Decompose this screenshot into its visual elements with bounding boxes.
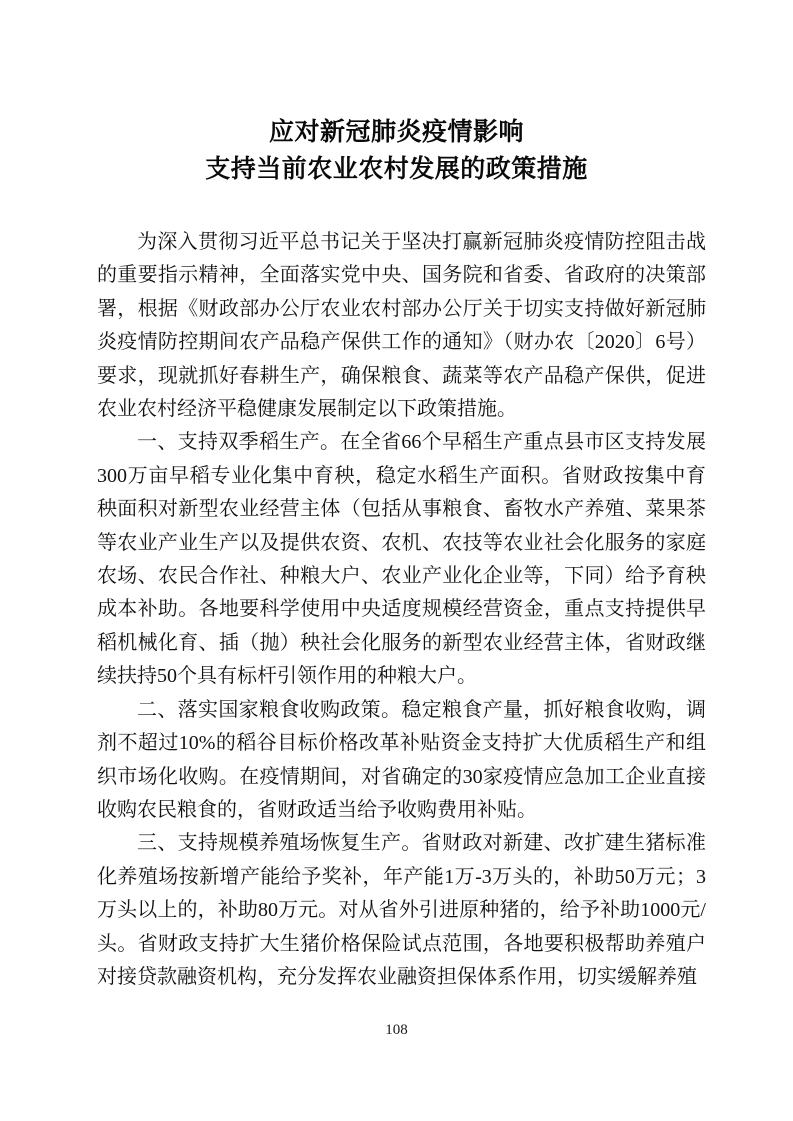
document-body: 为深入贯彻习近平总书记关于坚决打赢新冠肺炎疫情防控阻击战的重要指示精神，全面落实… bbox=[97, 226, 706, 994]
document-page: 应对新冠肺炎疫情影响 支持当前农业农村发展的政策措施 为深入贯彻习近平总书记关于… bbox=[0, 0, 793, 1121]
body-paragraph: 二、落实国家粮食收购政策。稳定粮食产量，抓好粮食收购，调剂不超过10%的稻谷目标… bbox=[97, 694, 706, 828]
title-line-1: 应对新冠肺炎疫情影响 bbox=[0, 114, 793, 151]
page-number: 108 bbox=[0, 1022, 793, 1039]
title-line-2: 支持当前农业农村发展的政策措施 bbox=[0, 151, 793, 188]
body-paragraph: 一、支持双季稻生产。在全省66个早稻生产重点县市区支持发展300万亩早稻专业化集… bbox=[97, 426, 706, 693]
document-title: 应对新冠肺炎疫情影响 支持当前农业农村发展的政策措施 bbox=[0, 114, 793, 188]
body-paragraph: 三、支持规模养殖场恢复生产。省财政对新建、改扩建生猪标准化养殖场按新增产能给予奖… bbox=[97, 827, 706, 994]
body-paragraph: 为深入贯彻习近平总书记关于坚决打赢新冠肺炎疫情防控阻击战的重要指示精神，全面落实… bbox=[97, 226, 706, 426]
